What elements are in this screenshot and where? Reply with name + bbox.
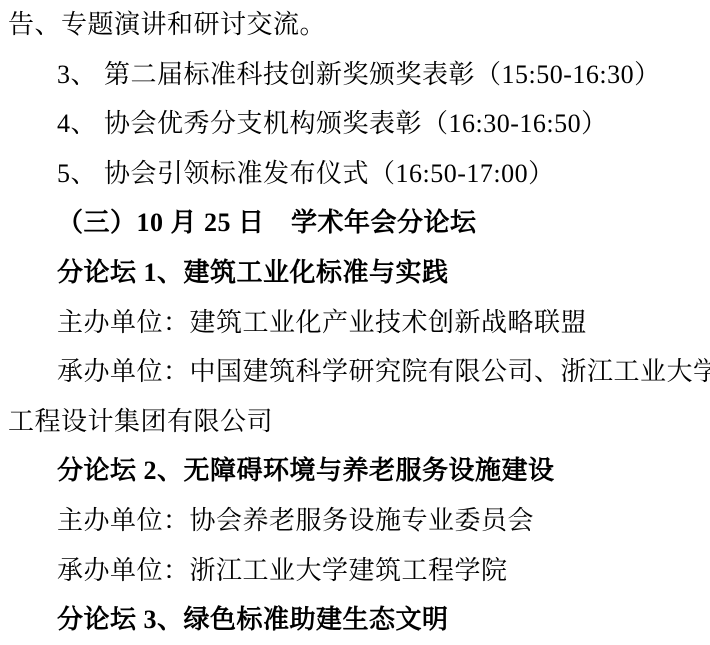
section-heading-oct25-forums: （三）10 月 25 日 学术年会分论坛 xyxy=(8,198,710,248)
forum-1-organizer-line: 承办单位：中国建筑科学研究院有限公司、浙江工业大学 xyxy=(8,347,710,397)
forum-2-organizer-line: 承办单位：浙江工业大学建筑工程学院 xyxy=(8,546,710,596)
forum-2-title: 分论坛 2、无障碍环境与养老服务设施建设 xyxy=(8,446,710,496)
forum-1-host-line: 主办单位：建筑工业化产业技术创新战略联盟 xyxy=(8,298,710,348)
forum-1-title: 分论坛 1、建筑工业化标准与实践 xyxy=(8,248,710,298)
agenda-item-4: 4、 协会优秀分支机构颁奖表彰（16:30-16:50） xyxy=(8,99,710,149)
agenda-item-5: 5、 协会引领标准发布仪式（16:50-17:00） xyxy=(8,149,710,199)
document-page: 告、专题演讲和研讨交流。 3、 第二届标准科技创新奖颁奖表彰（15:50-16:… xyxy=(0,0,710,645)
paragraph-continuation-discussion: 告、专题演讲和研讨交流。 xyxy=(8,0,710,50)
forum-3-title: 分论坛 3、绿色标准助建生态文明 xyxy=(8,595,710,645)
forum-2-host-line: 主办单位：协会养老服务设施专业委员会 xyxy=(8,496,710,546)
forum-1-organizer-continuation: 工程设计集团有限公司 xyxy=(8,397,710,447)
agenda-item-3: 3、 第二届标准科技创新奖颁奖表彰（15:50-16:30） xyxy=(8,50,710,100)
